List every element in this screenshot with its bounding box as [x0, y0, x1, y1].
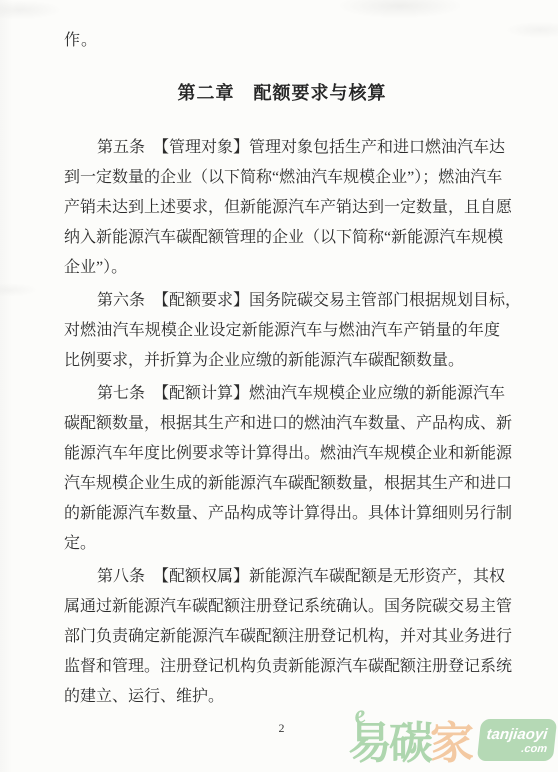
text-line: 第七条 【配额计算】燃油汽车规模企业应缴的新能源汽车: [64, 379, 500, 409]
chapter-heading: 第二章 配额要求与核算: [64, 78, 500, 108]
watermark-badge-tld: .com: [484, 743, 547, 755]
text-line: 碳配额数量，根据其生产和进口的燃油汽车数量、产品构成、新: [64, 409, 500, 439]
watermark-characters: e 易碳家: [348, 714, 471, 766]
text-line: 定。: [64, 529, 500, 559]
document-page: 作。 第二章 配额要求与核算 第五条 【管理对象】管理对象包括生产和进口燃油汽车…: [0, 0, 558, 772]
text-line: 部门负责确定新能源汽车碳配额注册登记机构，并对其业务进行: [64, 622, 500, 652]
text-line: 的建立、运行、维护。: [64, 682, 500, 712]
watermark-text-orange: 家: [430, 719, 471, 768]
text-line: 到一定数量的企业（以下简称“燃油汽车规模企业”）；燃油汽车: [64, 163, 500, 193]
intro-line: 作。: [64, 26, 500, 56]
watermark-logo: e 易碳家 tanjiaoyi .com: [348, 714, 555, 766]
text-line: 能源汽车年度比例要求等计算得出。燃油汽车规模企业和新能源: [64, 439, 500, 469]
text-line: 对燃油汽车规模企业设定新能源汽车与燃油汽车产销量的年度: [64, 316, 500, 346]
watermark-badge: tanjiaoyi .com: [477, 719, 557, 761]
document-body: 第五条 【管理对象】管理对象包括生产和进口燃油汽车达到一定数量的企业（以下简称“…: [64, 133, 500, 712]
text-line: 监督和管理。注册登记机构负责新能源汽车碳配额注册登记系统: [64, 652, 500, 682]
text-line: 汽车规模企业生成的新能源汽车碳配额数量，根据其生产和进口: [64, 469, 500, 499]
text-line: 第八条 【配额权属】新能源汽车碳配额是无形资产，其权: [64, 562, 500, 592]
document-content: 作。 第二章 配额要求与核算 第五条 【管理对象】管理对象包括生产和进口燃油汽车…: [0, 0, 558, 736]
watermark-badge-domain: tanjiaoyi: [486, 726, 550, 743]
text-line: 的新能源汽车数量、产品构成等计算得出。具体计算细则另行制: [64, 499, 500, 529]
text-line: 企业”）。: [64, 253, 500, 283]
text-line: 产销未达到上述要求，但新能源汽车产销达到一定数量，且自愿: [64, 193, 500, 223]
text-line: 属通过新能源汽车碳配额注册登记系统确认。国务院碳交易主管: [64, 592, 500, 622]
text-line: 第五条 【管理对象】管理对象包括生产和进口燃油汽车达: [64, 133, 500, 163]
text-line: 第六条 【配额要求】国务院碳交易主管部门根据规划目标，: [64, 286, 500, 316]
text-line: 比例要求，并折算为企业应缴的新能源汽车碳配额数量。: [64, 346, 500, 376]
text-line: 纳入新能源汽车碳配额管理的企业（以下简称“新能源汽车规模: [64, 223, 500, 253]
